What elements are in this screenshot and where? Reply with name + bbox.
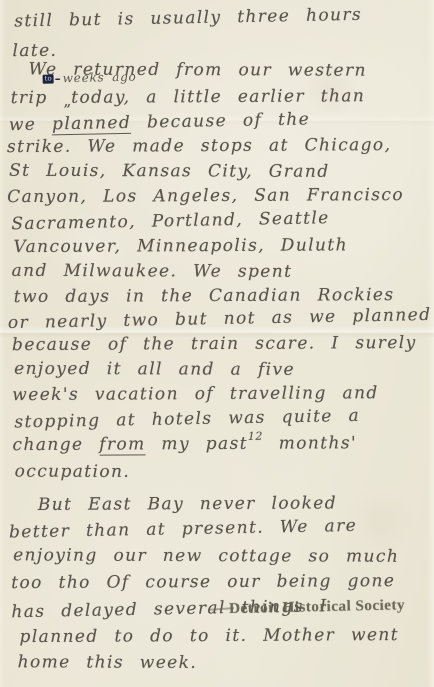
line-segment: , a little earlier than bbox=[124, 86, 366, 107]
handwritten-letter-page: still but is usually three hours late. W… bbox=[0, 0, 434, 687]
line-segment: months' bbox=[263, 433, 357, 453]
underlined-word: from bbox=[99, 434, 145, 455]
line-segment: because of the bbox=[131, 109, 310, 132]
letter-line: we planned because of the bbox=[9, 109, 311, 135]
letter-line: But East Bay never looked bbox=[38, 493, 337, 515]
letter-line: home this week. bbox=[18, 652, 198, 673]
letter-line: better than at present. We are bbox=[9, 516, 357, 543]
insertion-dash: – bbox=[54, 71, 60, 85]
letter-line: St Louis, Kansas City, Grand bbox=[9, 161, 329, 182]
superscript-insertion: 12 bbox=[248, 430, 263, 443]
letter-line: change from my past12 months' bbox=[12, 433, 357, 455]
letter-line: planned to do to it. Mother went bbox=[19, 625, 399, 647]
letter-line: trip „today, a little earlier than bbox=[11, 86, 366, 110]
letter-line: and Milwaukee. We spent bbox=[12, 261, 293, 282]
dark-highlight-mark: to bbox=[43, 74, 54, 83]
letter-line: occupation. bbox=[15, 462, 131, 482]
letter-line: stopping at hotels was quite a bbox=[14, 406, 360, 433]
letter-line: enjoying our new cottage so much bbox=[13, 545, 399, 566]
insertion-text: weeks ago bbox=[62, 70, 136, 86]
letter-line: Sacramento, Portland, Seattle bbox=[11, 208, 330, 234]
letter-line: because of the train scare. I surely bbox=[12, 333, 417, 355]
line-segment: we bbox=[9, 114, 53, 135]
line-segment: my past bbox=[146, 434, 248, 455]
underlined-word: planned bbox=[52, 113, 131, 136]
letter-line: strike. We made stops at Chicago, bbox=[7, 135, 391, 157]
letter-line: Canyon, Los Angeles, San Francisco bbox=[7, 185, 404, 207]
line-segment: today bbox=[71, 87, 124, 107]
letter-line: week's vacation of travelling and bbox=[12, 383, 379, 405]
line-segment: trip bbox=[11, 88, 64, 108]
letter-line: or nearly two but not as we planned bbox=[8, 305, 432, 333]
line-segment: change bbox=[12, 435, 99, 455]
letter-line: enjoyed it all and a five bbox=[14, 359, 295, 380]
letter-line: two days in the Canadian Rockies bbox=[14, 285, 395, 307]
interlinear-insertion: to–weeks ago bbox=[42, 70, 136, 86]
letter-line: Vancouver, Minneapolis, Duluth bbox=[13, 235, 348, 257]
letter-line: late. bbox=[12, 41, 57, 61]
letter-line: still but is usually three hours bbox=[14, 5, 362, 32]
letter-line: too tho Of course our being gone bbox=[11, 571, 395, 593]
